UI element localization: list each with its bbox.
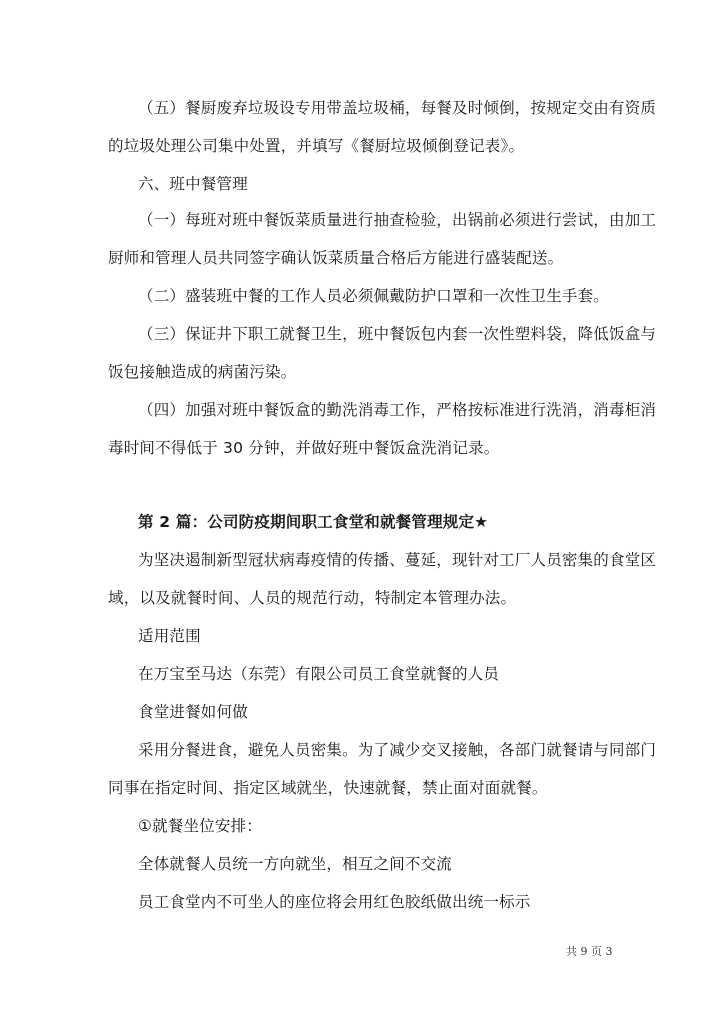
- page-footer: 共 9 页 3: [566, 943, 613, 959]
- seating-heading: ①就餐坐位安排：: [138, 816, 262, 836]
- paragraph-howto-line1: 采用分餐进食，避免人员密集。为了减少交叉接触，各部门就餐请与同部门: [138, 740, 656, 760]
- howto-heading: 食堂进餐如何做: [138, 702, 248, 722]
- scope-text: 在万宝至马达（东莞）有限公司员工食堂就餐的人员: [138, 664, 499, 684]
- paragraph-s6-item4-line2: 毒时间不得低于 30 分钟，并做好班中餐饭盒洗消记录。: [108, 438, 499, 458]
- paragraph-intro-line1: 为坚决遏制新型冠状病毒疫情的传播、蔓延，现针对工厂人员密集的食堂区: [138, 550, 656, 570]
- seating-rule-1: 全体就餐人员统一方向就坐，相互之间不交流: [138, 854, 452, 874]
- paragraph-s6-item1-line2: 厨师和管理人员共同签字确认饭菜质量合格后方能进行盛装配送。: [108, 248, 563, 268]
- paragraph-s6-item3-line1: （三）保证井下职工就餐卫生，班中餐饭包内套一次性塑料袋，降低饭盒与: [138, 324, 656, 344]
- seating-rule-2: 员工食堂内不可坐人的座位将会用红色胶纸做出统一标示: [138, 892, 531, 912]
- scope-heading: 适用范围: [138, 626, 201, 646]
- paragraph-s6-item1-line1: （一）每班对班中餐饭菜质量进行抽查检验，出锅前必须进行尝试，由加工: [138, 210, 656, 230]
- paragraph-s6-item3-line2: 饭包接触造成的病菌污染。: [108, 362, 296, 382]
- document-page: （五）餐厨废弃垃圾设专用带盖垃圾桶，每餐及时倾倒，按规定交由有资质 的垃圾处理公…: [0, 0, 720, 1020]
- paragraph-item5-line1: （五）餐厨废弃垃圾设专用带盖垃圾桶，每餐及时倾倒，按规定交由有资质: [138, 98, 656, 118]
- paragraph-howto-line2: 同事在指定时间、指定区域就坐，快速就餐，禁止面对面就餐。: [108, 778, 548, 798]
- part2-title: 第 2 篇：公司防疫期间职工食堂和就餐管理规定★: [138, 512, 488, 532]
- paragraph-s6-item2: （二）盛装班中餐的工作人员必须佩戴防护口罩和一次性卫生手套。: [138, 286, 609, 306]
- section-heading-6: 六、班中餐管理: [138, 174, 248, 194]
- paragraph-item5-line2: 的垃圾处理公司集中处置，并填写《餐厨垃圾倾倒登记表》。: [108, 136, 524, 156]
- paragraph-intro-line2: 域，以及就餐时间、人员的规范行动，特制定本管理办法。: [108, 588, 516, 608]
- paragraph-s6-item4-line1: （四）加强对班中餐饭盒的勤洗消毒工作，严格按标准进行洗消，消毒柜消: [138, 400, 656, 420]
